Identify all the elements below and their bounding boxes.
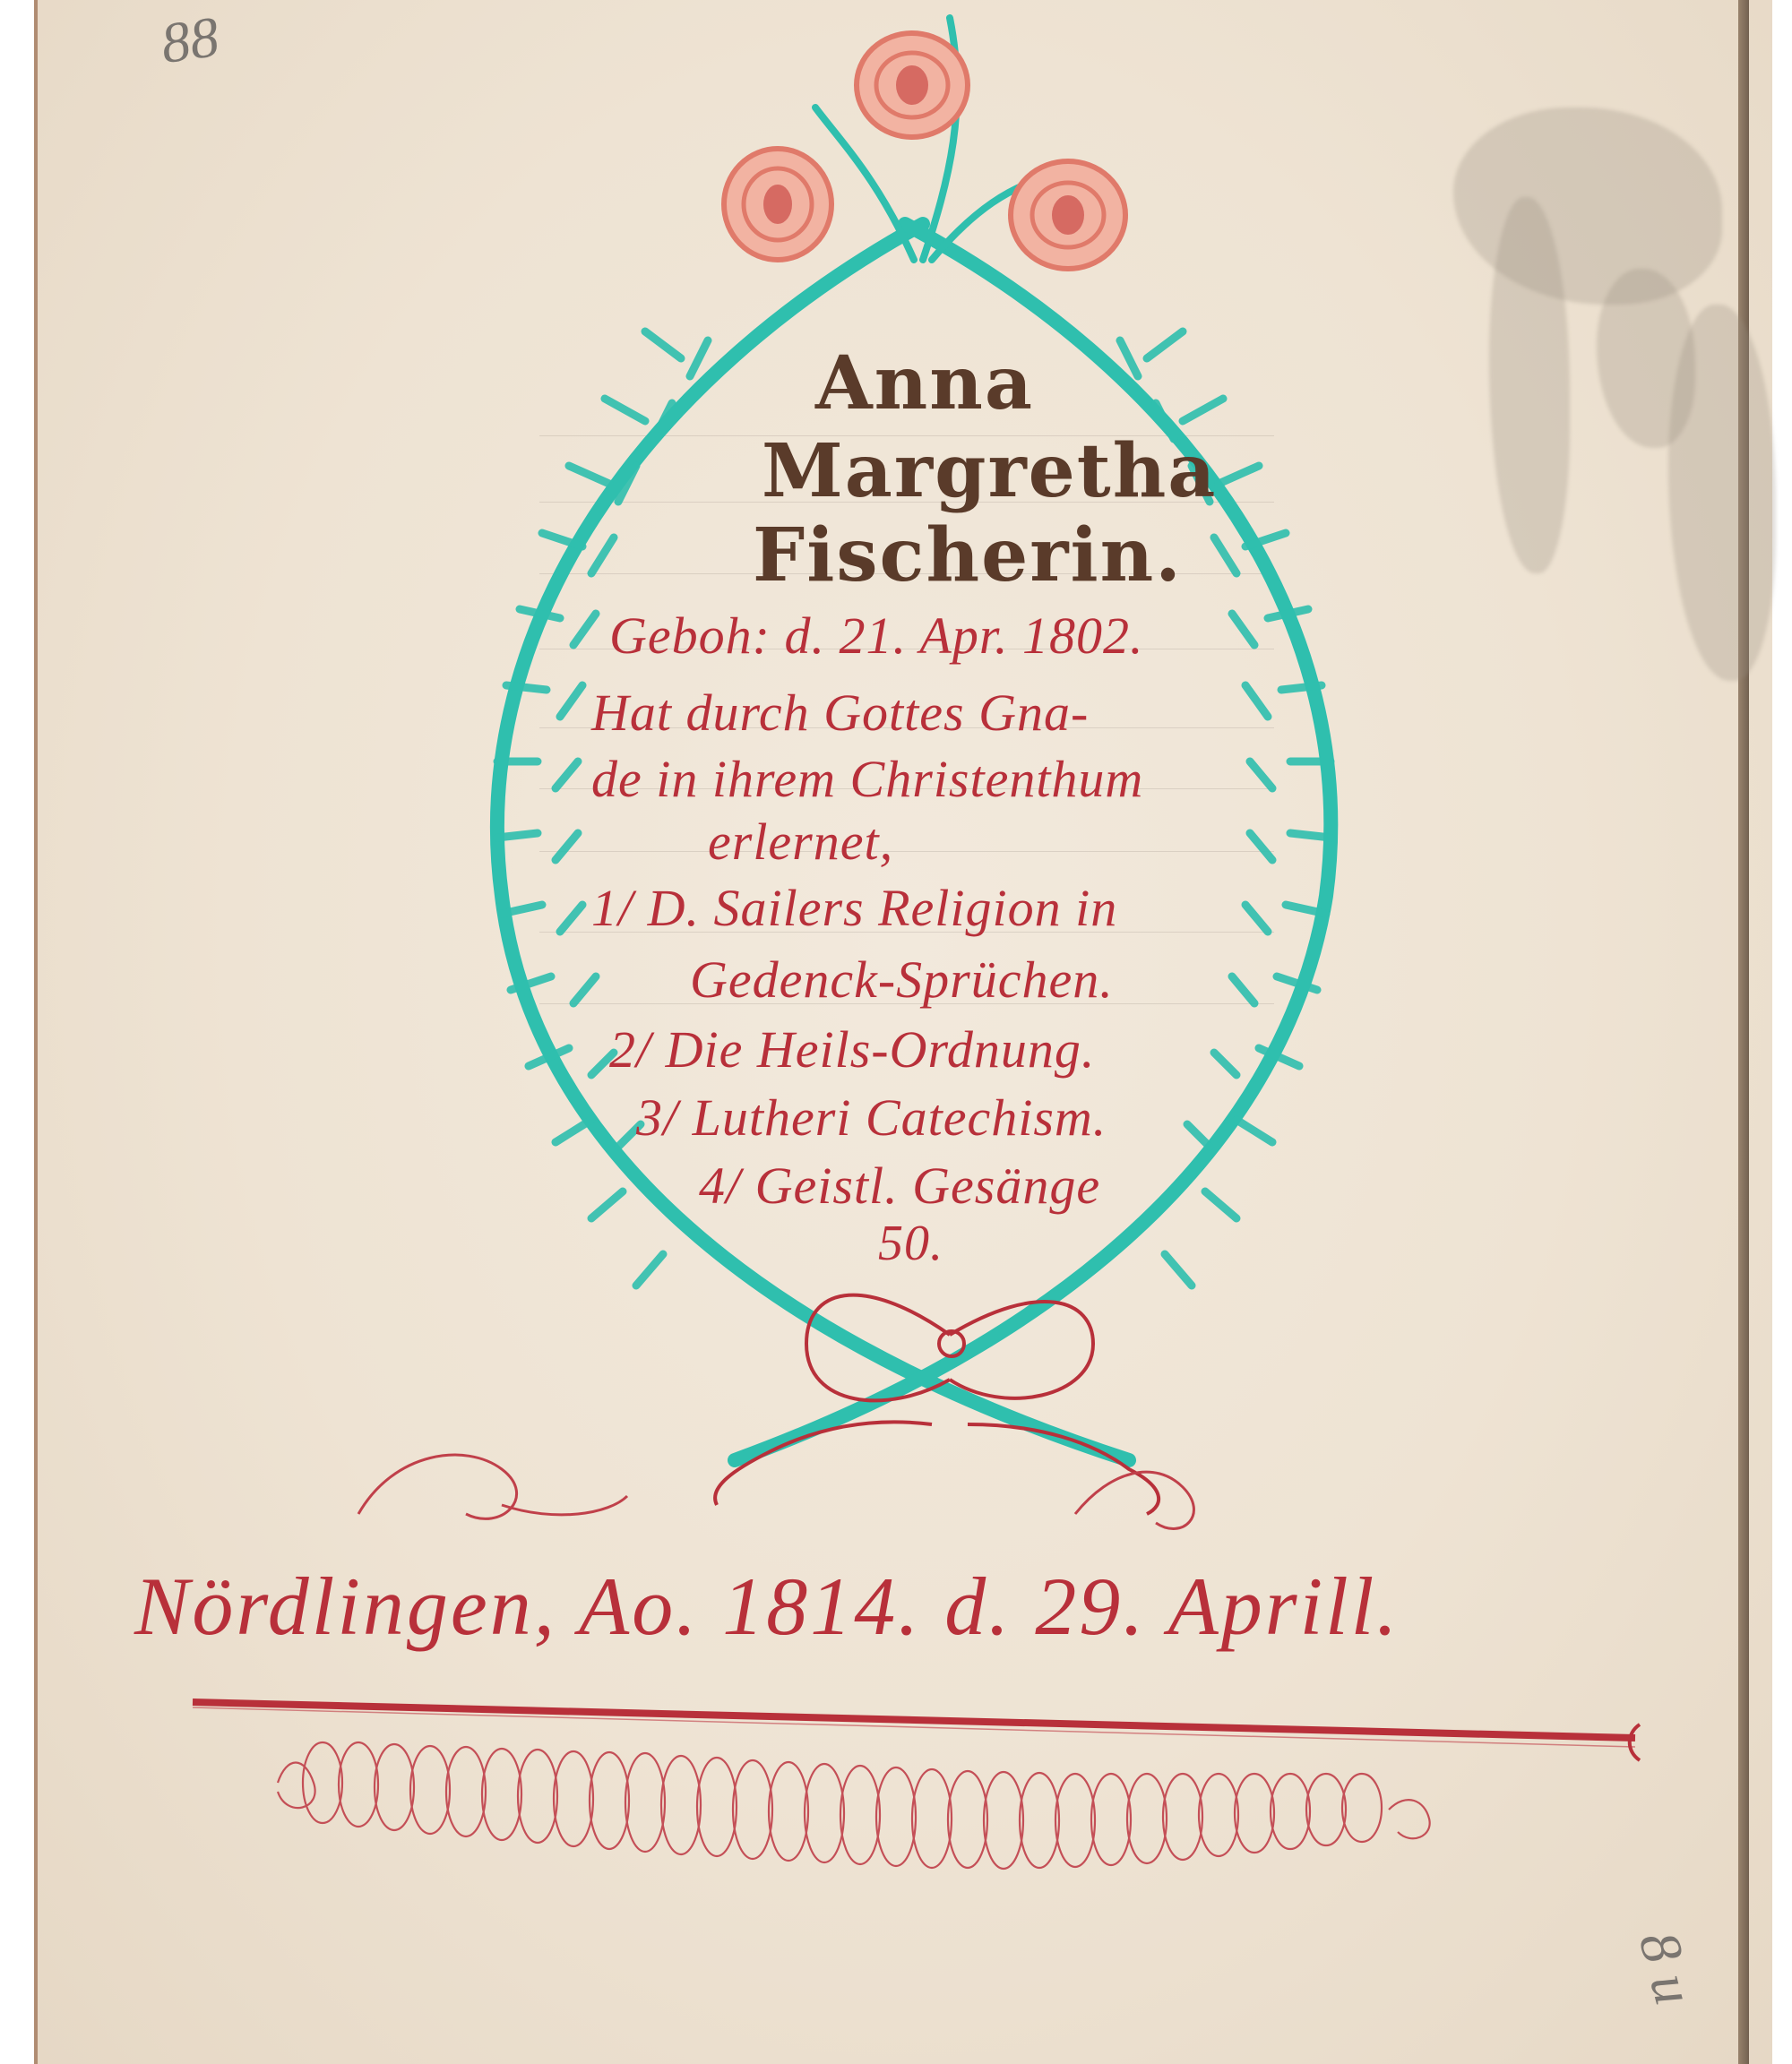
calligraphic-flourish-scroll xyxy=(278,1742,1430,1869)
list-item-continuation: Gedenck-Sprüchen. xyxy=(690,950,1114,1010)
red-ribbon-bow xyxy=(715,1295,1159,1514)
body-line: Hat durch Gottes Gna- xyxy=(591,683,1089,743)
name-line-3: Fischerin. xyxy=(753,512,1183,598)
list-item: 3/ Lutheri Catechism. xyxy=(636,1088,1107,1148)
body-line: de in ihrem Christenthum xyxy=(591,749,1143,809)
red-underline-rule xyxy=(193,1702,1640,1760)
place-date-line: Nördlingen, Ao. 1814. d. 29. Aprill. xyxy=(134,1559,1400,1654)
birth-date-line: Geboh: d. 21. Apr. 1802. xyxy=(609,606,1143,666)
body-line: erlernet, xyxy=(708,812,893,872)
list-item: 4/ Geistl. Gesänge xyxy=(699,1156,1100,1216)
hymn-count: 50. xyxy=(878,1215,943,1272)
name-line-2: Margretha xyxy=(762,428,1217,514)
folio-number: 88 xyxy=(157,4,223,77)
calligraphic-flourish xyxy=(358,1455,1193,1528)
list-item: 2/ Die Heils-Ordnung. xyxy=(609,1019,1095,1079)
list-item: 1/ D. Sailers Religion in xyxy=(591,878,1117,938)
name-line-1: Anna xyxy=(815,340,1034,426)
